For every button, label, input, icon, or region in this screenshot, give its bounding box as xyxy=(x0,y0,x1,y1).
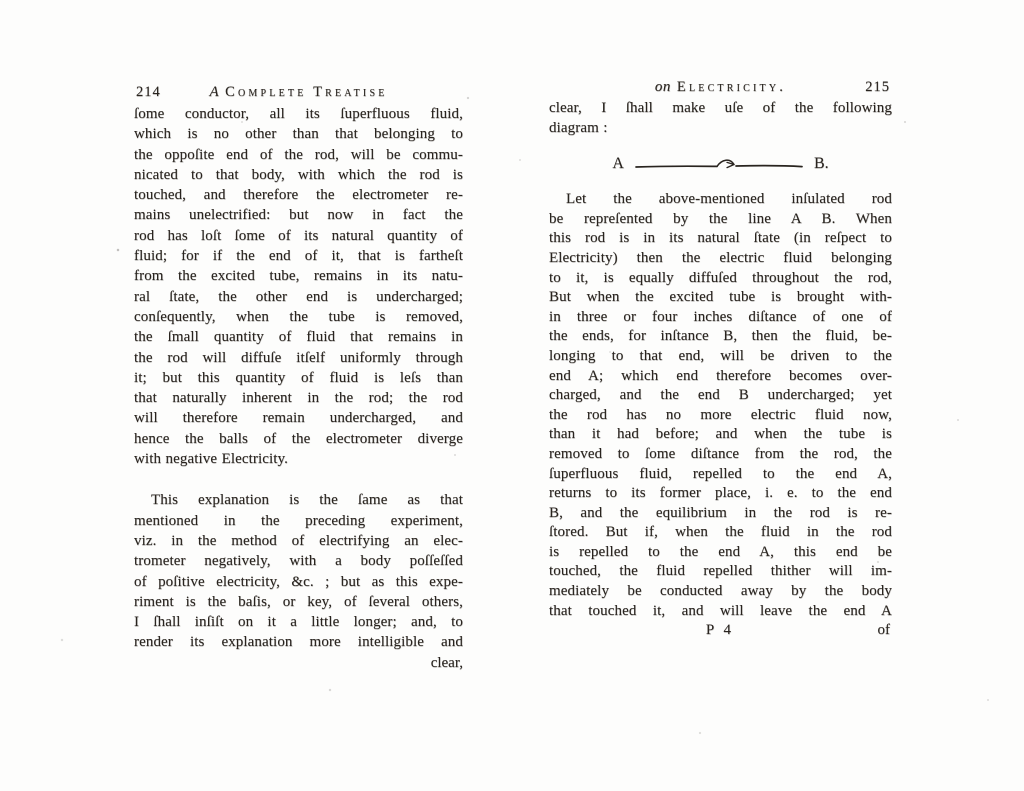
text-line: of poſitive electricity, &c. ; but as th… xyxy=(134,572,463,592)
text-line: mains unelectrified: but now in fact the xyxy=(134,205,463,225)
text-line: ſtored. But if, when the fluid in the ro… xyxy=(549,523,892,543)
text-line: ſome conductor, all its ſuperfluous flui… xyxy=(134,104,463,124)
text-line: conſequently, when the tube is removed, xyxy=(134,307,463,327)
right-page-body-top: clear, I ſhall make uſe of the following… xyxy=(549,99,892,138)
right-page-header: onElectricity. 215 xyxy=(549,77,892,98)
diagram-label-b: B. xyxy=(814,155,829,173)
right-catchword: of xyxy=(878,621,891,641)
text-line: But when the excited tube is brought wit… xyxy=(549,288,892,308)
text-line: nicated to that body, with which the rod… xyxy=(134,165,463,185)
left-running-title-article: A xyxy=(209,84,219,100)
text-line: than it had before; and when the tube is xyxy=(549,425,892,445)
text-line: This explanation is the ſame as that xyxy=(134,490,463,510)
text-line: in three or four inches diſtance of one … xyxy=(549,308,892,328)
text-line: the oppoſite end of the rod, will be com… xyxy=(134,145,463,165)
left-running-title: Complete Treatise xyxy=(225,84,387,100)
text-line: clear, I ſhall make uſe of the following xyxy=(549,99,892,119)
right-running-title-preposition: on xyxy=(655,79,671,95)
text-line: touched, and therefore the electrometer … xyxy=(134,185,463,205)
text-line: with negative Electricity. xyxy=(134,449,463,469)
rod-line-drawing xyxy=(633,153,805,175)
text-line: Let the above-mentioned inſulated rod xyxy=(549,190,892,210)
text-line: longing to that end, will be driven to t… xyxy=(549,347,892,367)
text-line: the rod will diffuſe itſelf uniformly th… xyxy=(134,348,463,368)
text-line: end A; which end therefore becomes over- xyxy=(549,367,892,387)
text-line: from the excited tube, remains in its na… xyxy=(134,266,463,286)
right-page-body-main: Let the above-mentioned inſulated rodbe … xyxy=(549,190,892,621)
text-line: B, and the equilibrium in the rod is re- xyxy=(549,504,892,524)
text-line: I ſhall inſiſt on it a little longer; an… xyxy=(134,612,463,632)
text-line: diagram : xyxy=(549,119,892,139)
right-page-number: 215 xyxy=(865,77,890,98)
text-line: touched, the fluid repelled thither will… xyxy=(549,562,892,582)
text-line: mentioned in the preceding experiment, xyxy=(134,511,463,531)
rod-diagram: A B. xyxy=(549,141,892,186)
right-running-title: Electricity. xyxy=(677,79,786,95)
diagram-label-a: A xyxy=(612,155,624,173)
text-line: the ſmall quantity of fluid that remains… xyxy=(134,327,463,347)
text-line: fluid; for if the end of it, that is far… xyxy=(134,246,463,266)
gathering-signature: P 4 xyxy=(706,621,734,641)
text-line: hence the balls of the electrometer dive… xyxy=(134,429,463,449)
text-line: removed to ſome diſtance from the rod, t… xyxy=(549,445,892,465)
left-catchword: clear, xyxy=(431,655,463,671)
text-line: which is no other than that belonging to xyxy=(134,124,463,144)
left-page-header: 214 AComplete Treatise xyxy=(134,82,463,103)
text-line: mediately be conducted away by the body xyxy=(549,582,892,602)
text-line: render its explanation more intelligible… xyxy=(134,632,463,652)
text-line: charged, and the end B undercharged; yet xyxy=(549,386,892,406)
text-line: will therefore remain undercharged, and xyxy=(134,408,463,428)
text-line: riment is the baſis, or key, of ſeveral … xyxy=(134,592,463,612)
text-line: returns to its former place, i. e. to th… xyxy=(549,484,892,504)
text-line: is repelled to the end A, this end be xyxy=(549,543,892,563)
text-line: to it, is equally diffuſed throughout th… xyxy=(549,269,892,289)
text-line: that naturally inherent in the rod; the … xyxy=(134,388,463,408)
text-line: be repreſented by the line A B. When xyxy=(549,210,892,230)
text-line: the rod has no more electric fluid now, xyxy=(549,406,892,426)
left-page-number: 214 xyxy=(136,82,161,103)
text-line: Electricity) then the electric fluid bel… xyxy=(549,249,892,269)
text-line: ral ſtate, the other end is undercharged… xyxy=(134,287,463,307)
text-line: ſuperfluous fluid, repelled to the end A… xyxy=(549,465,892,485)
text-line: it; but this quantity of fluid is leſs t… xyxy=(134,368,463,388)
right-page: onElectricity. 215 clear, I ſhall make u… xyxy=(549,77,892,641)
text-line: this rod is in its natural ſtate (in reſ… xyxy=(549,229,892,249)
text-line: viz. in the method of electrifying an el… xyxy=(134,531,463,551)
text-line: trometer negatively, with a body poſſeſſ… xyxy=(134,551,463,571)
text-line: the ends, for inſtance B, then the fluid… xyxy=(549,327,892,347)
left-page: 214 AComplete Treatise ſome conductor, a… xyxy=(134,82,463,673)
text-line: rod has loſt ſome of its natural quantit… xyxy=(134,226,463,246)
left-page-body: ſome conductor, all its ſuperfluous flui… xyxy=(134,104,463,653)
text-line: that touched it, and will leave the end … xyxy=(549,602,892,622)
